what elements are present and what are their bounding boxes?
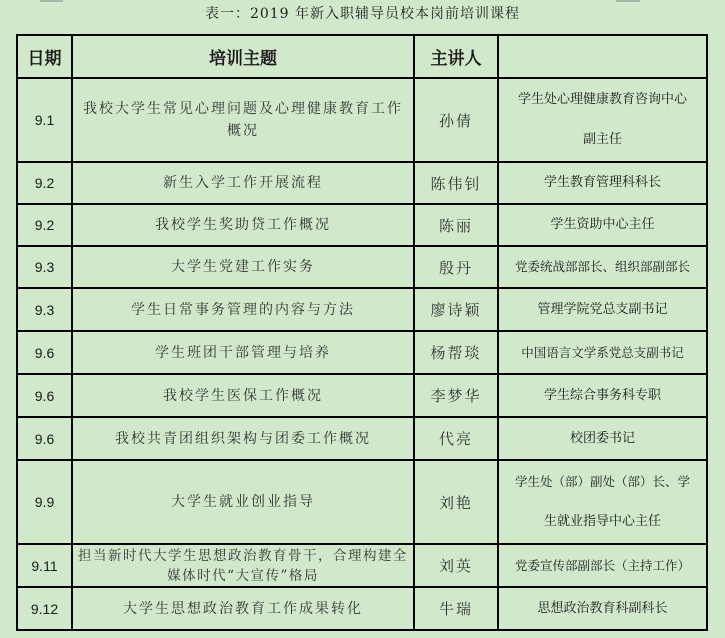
role-line: 学生处（部）副处（部）长、学 xyxy=(500,462,705,502)
cell-topic: 担当新时代大学生思想政治教育骨干，合理构建全媒体时代“大宣传”格局 xyxy=(72,544,414,587)
cell-speaker: 刘英 xyxy=(414,544,498,587)
training-schedule-table: 日期 培训主题 主讲人 9.1 我校大学生常见心理问题及心理健康教育工作概况 孙… xyxy=(16,34,708,631)
cell-date: 9.3 xyxy=(17,288,72,331)
cell-speaker: 陈伟钊 xyxy=(414,162,498,204)
header-topic: 培训主题 xyxy=(72,35,414,78)
cell-topic: 我校大学生常见心理问题及心理健康教育工作概况 xyxy=(72,78,414,162)
cell-role: 学生综合事务科专职 xyxy=(498,374,707,417)
table-header-row: 日期 培训主题 主讲人 xyxy=(17,35,707,78)
table-row: 9.3 学生日常事务管理的内容与方法 廖诗颖 管理学院党总支副书记 xyxy=(17,288,707,331)
decorative-line-left xyxy=(40,0,63,2)
cell-topic: 大学生就业创业指导 xyxy=(72,460,414,544)
table-row: 9.12 大学生思想政治教育工作成果转化 牛瑞 思想政治教育科副科长 xyxy=(17,587,707,630)
cell-topic: 我校学生奖助贷工作概况 xyxy=(72,204,414,246)
cell-speaker: 廖诗颖 xyxy=(414,288,498,331)
cell-date: 9.3 xyxy=(17,246,72,288)
cell-topic: 学生班团干部管理与培养 xyxy=(72,331,414,374)
cell-speaker: 陈丽 xyxy=(414,204,498,246)
table-row: 9.3 大学生党建工作实务 殷丹 党委统战部部长、组织部副部长 xyxy=(17,246,707,288)
table-row: 9.2 新生入学工作开展流程 陈伟钊 学生教育管理科科长 xyxy=(17,162,707,204)
role-line: 生就业指导中心主任 xyxy=(500,502,705,542)
table-title: 表一：2019 年新入职辅导员校本岗前培训课程 xyxy=(0,3,725,23)
table-row: 9.6 学生班团干部管理与培养 杨帮琰 中国语言文学系党总支副书记 xyxy=(17,331,707,374)
table-row: 9.11 担当新时代大学生思想政治教育骨干，合理构建全媒体时代“大宣传”格局 刘… xyxy=(17,544,707,587)
table-row: 9.2 我校学生奖助贷工作概况 陈丽 学生资助中心主任 xyxy=(17,204,707,246)
cell-date: 9.6 xyxy=(17,331,72,374)
cell-speaker: 刘艳 xyxy=(414,460,498,544)
cell-topic: 学生日常事务管理的内容与方法 xyxy=(72,288,414,331)
cell-topic: 我校共青团组织架构与团委工作概况 xyxy=(72,417,414,460)
cell-speaker: 孙倩 xyxy=(414,78,498,162)
cell-role: 党委宣传部副部长（主持工作） xyxy=(498,544,707,587)
cell-date: 9.2 xyxy=(17,204,72,246)
cell-topic: 大学生党建工作实务 xyxy=(72,246,414,288)
cell-role: 学生教育管理科科长 xyxy=(498,162,707,204)
role-line: 副主任 xyxy=(503,120,702,160)
cell-date: 9.12 xyxy=(17,587,72,630)
cell-role: 学生资助中心主任 xyxy=(498,204,707,246)
cell-role: 学生处（部）副处（部）长、学 生就业指导中心主任 xyxy=(498,460,707,544)
header-date: 日期 xyxy=(17,35,72,78)
cell-date: 9.11 xyxy=(17,544,72,587)
header-speaker: 主讲人 xyxy=(414,35,498,78)
cell-speaker: 杨帮琰 xyxy=(414,331,498,374)
cell-topic: 大学生思想政治教育工作成果转化 xyxy=(72,587,414,630)
cell-date: 9.6 xyxy=(17,417,72,460)
cell-date: 9.9 xyxy=(17,460,72,544)
cell-topic: 新生入学工作开展流程 xyxy=(72,162,414,204)
table-row: 9.6 我校学生医保工作概况 李梦华 学生综合事务科专职 xyxy=(17,374,707,417)
cell-role: 校团委书记 xyxy=(498,417,707,460)
cell-role: 中国语言文学系党总支副书记 xyxy=(498,331,707,374)
cell-date: 9.6 xyxy=(17,374,72,417)
cell-role: 党委统战部部长、组织部副部长 xyxy=(498,246,707,288)
table-row: 9.9 大学生就业创业指导 刘艳 学生处（部）副处（部）长、学 生就业指导中心主… xyxy=(17,460,707,544)
role-line: 学生处心理健康教育咨询中心 xyxy=(503,80,702,120)
cell-role: 管理学院党总支副书记 xyxy=(498,288,707,331)
header-role xyxy=(498,35,707,78)
cell-speaker: 代亮 xyxy=(414,417,498,460)
cell-speaker: 李梦华 xyxy=(414,374,498,417)
cell-role: 学生处心理健康教育咨询中心 副主任 xyxy=(498,78,707,162)
cell-role: 思想政治教育科副科长 xyxy=(498,587,707,630)
cell-date: 9.2 xyxy=(17,162,72,204)
cell-topic: 我校学生医保工作概况 xyxy=(72,374,414,417)
decorative-line-right xyxy=(616,0,640,2)
table-row: 9.6 我校共青团组织架构与团委工作概况 代亮 校团委书记 xyxy=(17,417,707,460)
cell-date: 9.1 xyxy=(17,78,72,162)
table-row: 9.1 我校大学生常见心理问题及心理健康教育工作概况 孙倩 学生处心理健康教育咨… xyxy=(17,78,707,162)
cell-speaker: 牛瑞 xyxy=(414,587,498,630)
cell-speaker: 殷丹 xyxy=(414,246,498,288)
